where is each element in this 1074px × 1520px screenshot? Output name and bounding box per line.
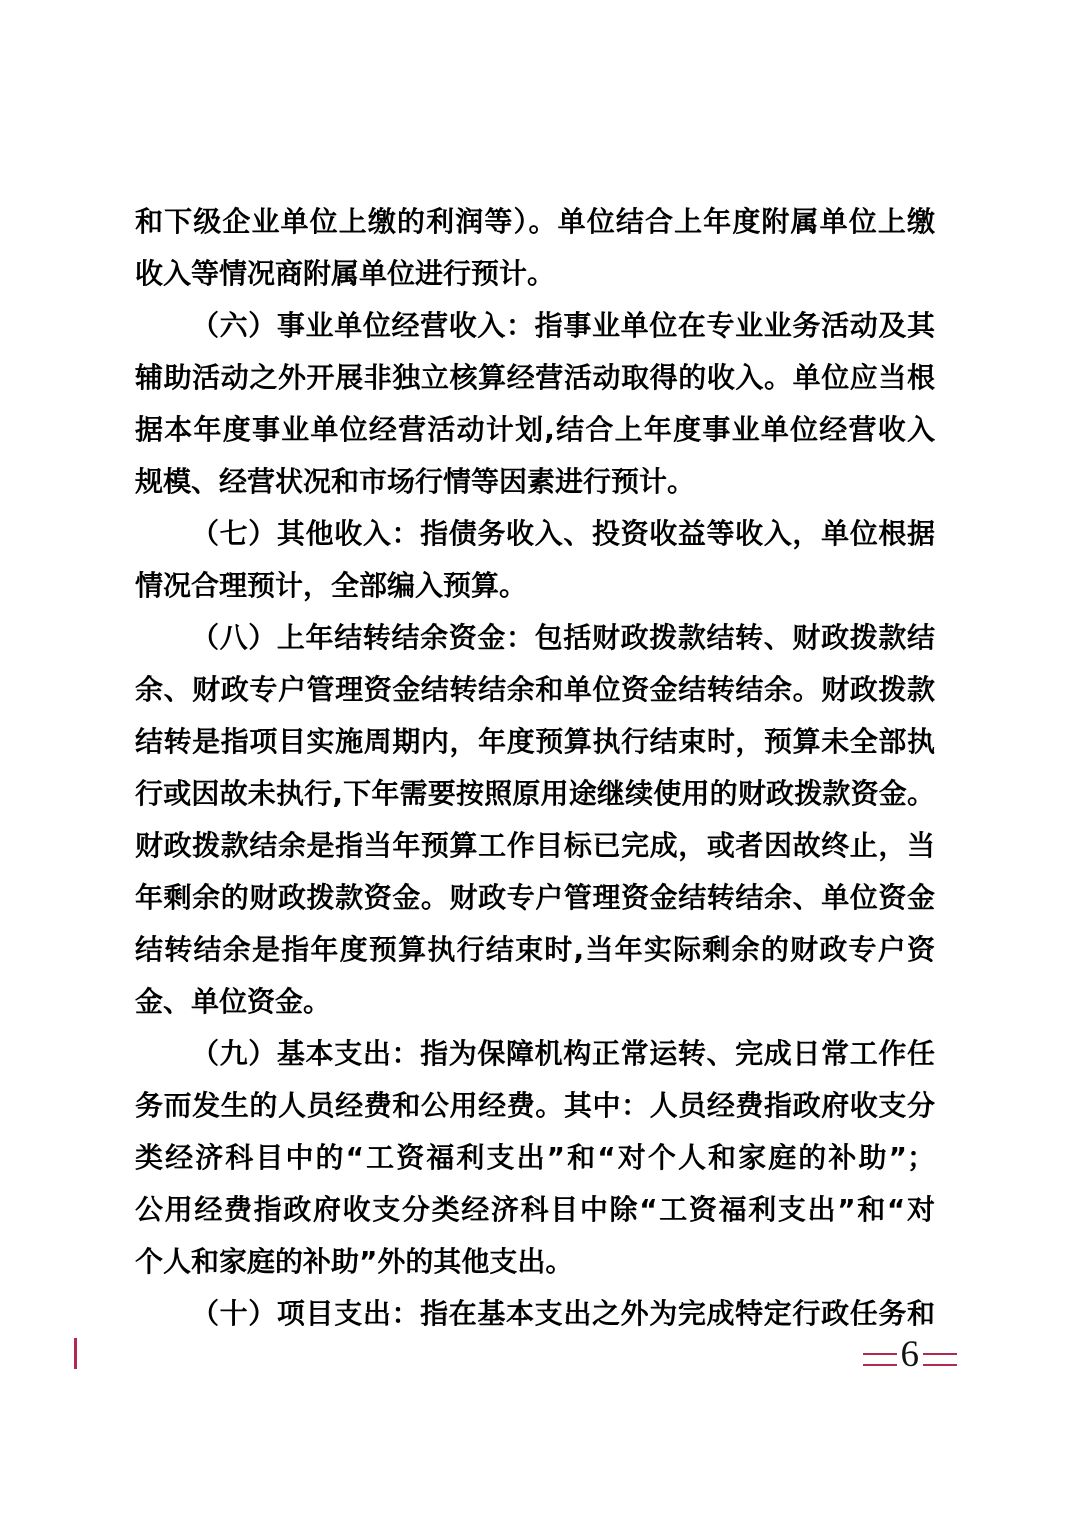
text-line: 金、单位资金。 xyxy=(135,976,935,1028)
text-line: 结转结余是指年度预算执行结束时,当年实际剩余的财政专户资 xyxy=(135,924,935,976)
text-line: 据本年度事业单位经营活动计划,结合上年度事业单位经营收入 xyxy=(135,404,935,456)
text-line: 收入等情况商附属单位进行预计。 xyxy=(135,248,935,300)
text-line: 务而发生的人员经费和公用经费。其中：人员经费指政府收支分 xyxy=(135,1080,935,1132)
revision-mark-bar xyxy=(74,1338,77,1369)
text-line: 辅助活动之外开展非独立核算经营活动取得的收入。单位应当根 xyxy=(135,352,935,404)
text-line: 类经济科目中的“工资福利支出”和“对个人和家庭的补助”； xyxy=(135,1132,935,1184)
text-line: （十）项目支出：指在基本支出之外为完成特定行政任务和 xyxy=(135,1288,935,1340)
text-line: 公用经费指政府收支分类经济科目中除“工资福利支出”和“对 xyxy=(135,1184,935,1236)
text-line: 财政拨款结余是指当年预算工作目标已完成，或者因故终止，当 xyxy=(135,820,935,872)
text-line: （七）其他收入：指债务收入、投资收益等收入，单位根据 xyxy=(135,508,935,560)
text-line: 行或因故未执行,下年需要按照原用途继续使用的财政拨款资金。 xyxy=(135,768,935,820)
text-line: 结转是指项目实施周期内，年度预算执行结束时，预算未全部执 xyxy=(135,716,935,768)
document-body: 和下级企业单位上缴的利润等）。单位结合上年度附属单位上缴收入等情况商附属单位进行… xyxy=(135,196,935,1340)
page-number-dash-right xyxy=(923,1353,957,1366)
text-line: 年剩余的财政拨款资金。财政专户管理资金结转结余、单位资金 xyxy=(135,872,935,924)
text-line: 个人和家庭的补助”外的其他支出。 xyxy=(135,1236,935,1288)
text-line: 情况合理预计，全部编入预算。 xyxy=(135,560,935,612)
page-number-dash-left xyxy=(863,1353,897,1366)
page-footer: 6 xyxy=(863,1334,958,1376)
text-line: 规模、经营状况和市场行情等因素进行预计。 xyxy=(135,456,935,508)
text-line: 余、财政专户管理资金结转结余和单位资金结转结余。财政拨款 xyxy=(135,664,935,716)
text-line: （六）事业单位经营收入：指事业单位在专业业务活动及其 xyxy=(135,300,935,352)
text-line: （八）上年结转结余资金：包括财政拨款结转、财政拨款结 xyxy=(135,612,935,664)
document-page: 和下级企业单位上缴的利润等）。单位结合上年度附属单位上缴收入等情况商附属单位进行… xyxy=(0,0,1074,1520)
text-line: 和下级企业单位上缴的利润等）。单位结合上年度附属单位上缴 xyxy=(135,196,935,248)
page-number: 6 xyxy=(900,1335,921,1375)
text-line: （九）基本支出：指为保障机构正常运转、完成日常工作任 xyxy=(135,1028,935,1080)
